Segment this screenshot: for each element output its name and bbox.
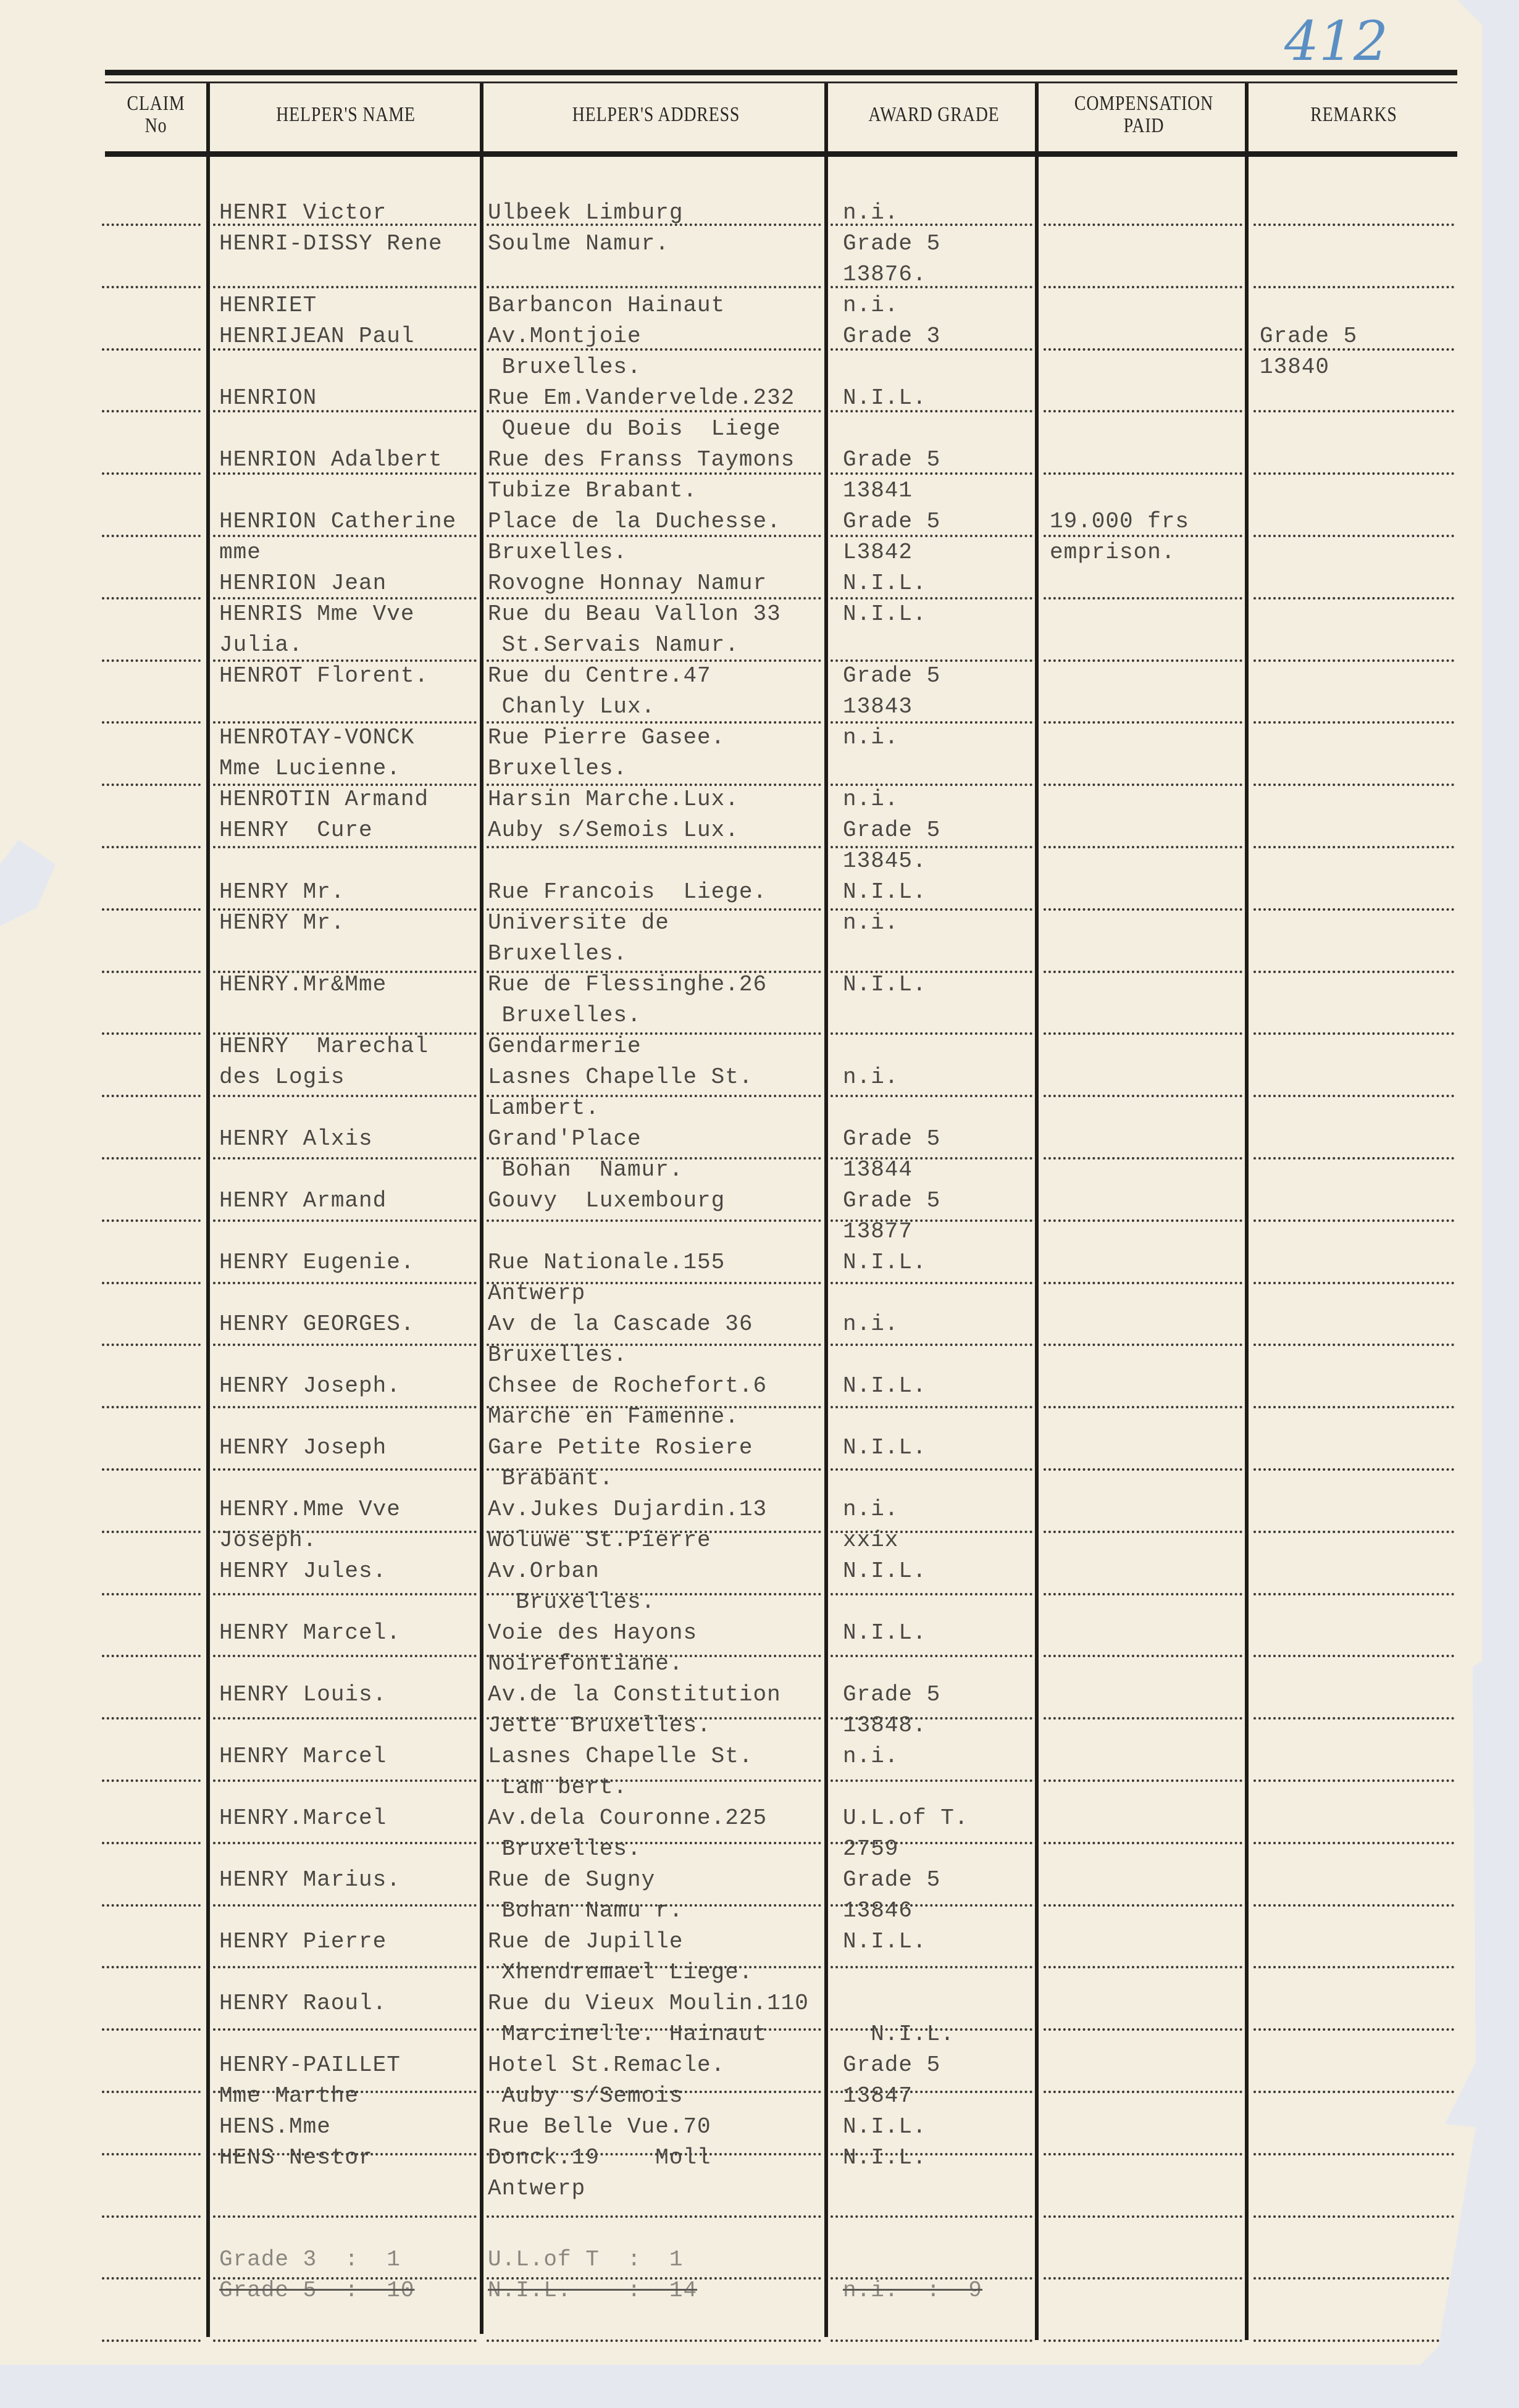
dotted-row-rule (1253, 1966, 1454, 1968)
dotted-row-rule (1044, 1406, 1242, 1408)
dotted-row-rule (487, 535, 821, 537)
entry-award: 2759 (843, 1837, 898, 1862)
dotted-row-rule (1253, 1779, 1454, 1782)
dotted-row-rule (102, 2153, 201, 2155)
dotted-row-rule (1044, 1282, 1242, 1284)
dotted-row-rule (1253, 1344, 1454, 1346)
column-divider-3 (824, 83, 828, 2337)
entry-address: Marcinelle. Hainaut (488, 2022, 767, 2047)
entry-award: N.I.L. (843, 386, 927, 411)
dotted-row-rule (487, 597, 821, 600)
entry-address: Rue de Jupille (488, 1929, 683, 1954)
column-divider-4 (1035, 83, 1039, 2340)
dotted-row-rule (213, 535, 477, 537)
dotted-row-rule (1253, 2339, 1454, 2342)
entry-award: N.I.L. (843, 1374, 927, 1398)
dotted-row-rule (102, 1655, 201, 1657)
entry-name: HENROTIN Armand (219, 787, 429, 812)
dotted-row-rule (1044, 784, 1242, 786)
dotted-row-rule (213, 1282, 477, 1284)
entry-name: HENRY Mr. (219, 911, 345, 935)
entry-award: 13848. (843, 1713, 927, 1738)
entry-address: Av.de la Constitution (488, 1683, 781, 1707)
header-award-grade: AWARD GRADE (849, 104, 1019, 126)
dotted-row-rule (1253, 1531, 1454, 1533)
dotted-row-rule (1044, 1717, 1242, 1720)
dotted-row-rule (213, 1344, 477, 1346)
entry-address: Noirefontiane. (488, 1652, 683, 1676)
header-bottom-rule (105, 151, 1457, 157)
summary-grade-3: Grade 3 : 1 (219, 2247, 401, 2272)
dotted-row-rule (213, 1406, 477, 1408)
entry-name: HENRION Adalbert (219, 448, 443, 472)
dotted-row-rule (102, 286, 201, 288)
dotted-row-rule (102, 1904, 201, 1907)
dotted-row-rule (1044, 1468, 1242, 1471)
dotted-row-rule (1253, 597, 1454, 600)
dotted-row-rule (831, 535, 1032, 537)
entry-address: Marche en Famenne. (488, 1405, 739, 1429)
dotted-row-rule (1044, 597, 1242, 600)
entry-name: des Logis (219, 1065, 345, 1090)
dotted-row-rule (213, 1468, 477, 1471)
entry-address: Gendarmerie (488, 1034, 642, 1059)
dotted-row-rule (1044, 2091, 1242, 2093)
entry-address: Bruxelles. (488, 1837, 642, 1862)
dotted-row-rule (1044, 410, 1242, 412)
dotted-row-rule (831, 1593, 1032, 1595)
entry-award: 13841 (843, 479, 913, 503)
dotted-row-rule (1044, 1966, 1242, 1968)
entry-address: Rue du Vieux Moulin.110 (488, 1991, 809, 2016)
entry-name: HENRY Joseph. (219, 1374, 401, 1398)
dotted-row-rule (1253, 908, 1454, 911)
entry-award: Grade 5 (843, 2053, 940, 2078)
header-helpers-name: HELPER'S NAME (235, 104, 458, 126)
dotted-row-rule (1253, 2091, 1454, 2093)
dotted-row-rule (213, 1779, 477, 1782)
entry-award: Grade 5 (843, 818, 940, 843)
entry-address: Antwerp (488, 2176, 585, 2201)
entry-name: HENRY Marcel. (219, 1621, 401, 1645)
dotted-row-rule (1253, 1904, 1454, 1907)
dotted-row-rule (102, 1468, 201, 1471)
handwritten-page-number: 412 (1284, 9, 1388, 73)
dotted-row-rule (831, 1095, 1032, 1097)
dotted-row-rule (102, 2277, 201, 2280)
header-top-thin-rule (105, 82, 1457, 83)
entry-award: Grade 3 (843, 324, 940, 349)
dotted-row-rule (1253, 1406, 1454, 1408)
dotted-row-rule (831, 1032, 1032, 1035)
entry-award: N.I.L. (843, 972, 927, 997)
entry-address: Bruxelles. (488, 756, 627, 781)
dotted-row-rule (1253, 1717, 1454, 1720)
dotted-row-rule (487, 721, 821, 724)
dotted-row-rule (831, 1779, 1032, 1782)
dotted-row-rule (213, 286, 477, 288)
dotted-row-rule (1044, 286, 1242, 288)
dotted-row-rule (1253, 1468, 1454, 1471)
entry-address: Rue de Flessinghe.26 (488, 972, 767, 997)
dotted-row-rule (487, 846, 821, 848)
entry-address: Universite de (488, 911, 669, 935)
dotted-row-rule (102, 1157, 201, 1160)
entry-name: Joseph. (219, 1528, 317, 1553)
dotted-row-rule (213, 846, 477, 848)
dotted-row-rule (1044, 1157, 1242, 1160)
header-remarks: REMARKS (1269, 104, 1439, 126)
entry-award: 13847 (843, 2084, 913, 2109)
entry-name: mme (219, 540, 261, 565)
entry-name: HENS.Mme (219, 2115, 331, 2139)
dotted-row-rule (102, 410, 201, 412)
entry-address: Rue du Beau Vallon 33 (488, 602, 781, 627)
header-top-rule (105, 70, 1457, 75)
entry-address: Gouvy Luxembourg (488, 1189, 725, 1213)
entry-address: Voie des Hayons (488, 1621, 697, 1645)
summary-nil: N.I.L. : 14 (488, 2278, 697, 2303)
entry-address: Woluwe St.Pierre (488, 1528, 711, 1553)
entry-name: HENS Nestor (219, 2146, 373, 2170)
entry-address: Lambert. (488, 1096, 600, 1121)
dotted-row-rule (1253, 224, 1454, 226)
dotted-row-rule (1044, 1095, 1242, 1097)
entry-name: HENRI Victor (219, 201, 387, 225)
entry-name: HENRI-DISSY Rene (219, 232, 443, 256)
dotted-row-rule (213, 1655, 477, 1657)
dotted-row-rule (1044, 2215, 1242, 2218)
entry-award: 13876. (843, 262, 927, 287)
dotted-row-rule (831, 1966, 1032, 1968)
dotted-row-rule (102, 1344, 201, 1346)
entry-address: Lam bert. (488, 1775, 627, 1800)
dotted-row-rule (1044, 1779, 1242, 1782)
entry-remarks: 13840 (1260, 355, 1329, 380)
entry-name: Julia. (219, 633, 303, 658)
entry-address: Harsin Marche.Lux. (488, 787, 739, 812)
entry-award: Grade 5 (843, 232, 940, 256)
entry-address: Soulme Namur. (488, 232, 669, 256)
dotted-row-rule (1253, 2277, 1454, 2280)
dotted-row-rule (1044, 2153, 1242, 2155)
dotted-row-rule (831, 597, 1032, 600)
dotted-row-rule (1253, 846, 1454, 848)
entry-award: N.I.L. (843, 1929, 927, 1954)
entry-address: Bruxelles. (488, 540, 627, 565)
dotted-row-rule (1044, 1219, 1242, 1222)
entry-compensation: 19.000 frs (1050, 509, 1189, 534)
column-divider-1 (206, 83, 210, 2337)
dotted-row-rule (1253, 286, 1454, 288)
entry-address: Bruxelles. (488, 355, 642, 380)
entry-award: 13844 (843, 1158, 913, 1182)
ledger-page: 412 CLAIM No HELPER'S NAME HELPER'S ADDR… (0, 0, 1482, 2402)
summary-ul-of-t: U.L.of T : 1 (488, 2247, 683, 2272)
dotted-row-rule (1044, 971, 1242, 973)
dotted-row-rule (1044, 1531, 1242, 1533)
entry-award: Grade 5 (843, 448, 940, 472)
entry-award: N.I.L. (843, 2022, 955, 2047)
dotted-row-rule (1044, 472, 1242, 475)
dotted-row-rule (102, 784, 201, 786)
entry-award: n.i. (843, 725, 898, 750)
dotted-row-rule (1253, 2153, 1454, 2155)
entry-name: HENRY.Marcel (219, 1806, 387, 1831)
dotted-row-rule (1253, 1655, 1454, 1657)
entry-name: HENRY.Mr&Mme (219, 972, 387, 997)
dotted-row-rule (1253, 659, 1454, 662)
entry-name: HENRIS Mme Vve (219, 602, 414, 627)
dotted-row-rule (102, 1032, 201, 1035)
dotted-row-rule (102, 1406, 201, 1408)
entry-address: Antwerp (488, 1281, 585, 1306)
entry-award: N.I.L. (843, 2146, 927, 2170)
entry-address: Rue des Franss Taymons (488, 448, 795, 472)
dotted-row-rule (1044, 908, 1242, 911)
entry-address: Av.Montjoie (488, 324, 642, 349)
entry-address: Av.Jukes Dujardin.13 (488, 1497, 767, 1522)
dotted-row-rule (831, 659, 1032, 662)
entry-name: HENRY Cure (219, 818, 373, 843)
dotted-row-rule (1044, 2339, 1242, 2342)
entry-award: N.I.L. (843, 2115, 927, 2139)
entry-name: HENRY Armand (219, 1189, 387, 1213)
dotted-row-rule (213, 597, 477, 600)
dotted-row-rule (213, 1219, 477, 1222)
dotted-row-rule (102, 971, 201, 973)
entry-award: n.i. (843, 1744, 898, 1769)
dotted-row-rule (102, 597, 201, 600)
dotted-row-rule (102, 224, 201, 226)
dotted-row-rule (1253, 1282, 1454, 1284)
header-claim-no: CLAIM No (114, 93, 198, 137)
entry-address: Grand'Place (488, 1127, 642, 1152)
entry-award: n.i. (843, 911, 898, 935)
entry-address: Tubize Brabant. (488, 479, 697, 503)
dotted-row-rule (831, 472, 1032, 475)
entry-award: n.i. (843, 1497, 898, 1522)
entry-address: Lasnes Chapelle St. (488, 1065, 753, 1090)
dotted-row-rule (1044, 2028, 1242, 2031)
dotted-row-rule (102, 1095, 201, 1097)
entry-award: 13845. (843, 849, 927, 874)
entry-name: HENRY Louis. (219, 1683, 387, 1707)
entry-address: Brabant. (488, 1466, 613, 1491)
entry-name: HENRION (219, 386, 317, 411)
entry-name: Mme Marthe (219, 2084, 359, 2109)
entry-award: N.I.L. (843, 1559, 927, 1584)
entry-address: Ulbeek Limburg (488, 201, 683, 225)
dotted-row-rule (487, 2339, 821, 2342)
entry-award: N.I.L. (843, 1621, 927, 1645)
dotted-row-rule (102, 472, 201, 475)
summary-ni: n.i. : 9 (843, 2278, 982, 2303)
entry-address: Rue Francois Liege. (488, 880, 767, 905)
dotted-row-rule (102, 721, 201, 724)
dotted-row-rule (1044, 1032, 1242, 1035)
dotted-row-rule (102, 1779, 201, 1782)
dotted-row-rule (1253, 1095, 1454, 1097)
dotted-row-rule (102, 1842, 201, 1844)
dotted-row-rule (1044, 2277, 1242, 2280)
column-divider-5 (1245, 83, 1249, 2340)
column-divider-2 (480, 83, 483, 2334)
entry-award: 13843 (843, 695, 913, 719)
dotted-row-rule (1253, 535, 1454, 537)
dotted-row-rule (102, 1219, 201, 1222)
entry-address: St.Servais Namur. (488, 633, 739, 658)
dotted-row-rule (1253, 721, 1454, 724)
entry-address: Rue Belle Vue.70 (488, 2115, 711, 2139)
dotted-row-rule (102, 1531, 201, 1533)
entry-award: n.i. (843, 787, 898, 812)
header-compensation-paid: COMPENSATION PAID (1059, 93, 1229, 137)
dotted-row-rule (1044, 846, 1242, 848)
dotted-row-rule (487, 1219, 821, 1222)
entry-address: Auby s/Semois Lux. (488, 818, 739, 843)
entry-name: HENRY Marius. (219, 1868, 401, 1892)
entry-address: Av.Orban (488, 1559, 600, 1584)
entry-award: n.i. (843, 1065, 898, 1090)
dotted-row-rule (1044, 224, 1242, 226)
dotted-row-rule (487, 2215, 821, 2218)
dotted-row-rule (1044, 1904, 1242, 1907)
entry-address: Jette Bruxelles. (488, 1713, 711, 1738)
dotted-row-rule (213, 2339, 477, 2342)
entry-address: Bruxelles. (488, 1003, 642, 1028)
entry-name: HENRY.Mme Vve (219, 1497, 401, 1522)
dotted-row-rule (1253, 1842, 1454, 1844)
dotted-row-rule (1253, 784, 1454, 786)
dotted-row-rule (102, 2339, 201, 2342)
entry-address: Xhendremael Liege. (488, 1960, 753, 1985)
entry-award: xxix (843, 1528, 898, 1553)
entry-address: Bruxelles. (488, 1343, 627, 1368)
dotted-row-rule (487, 659, 821, 662)
entry-address: Chanly Lux. (488, 695, 655, 719)
entry-award: N.I.L. (843, 571, 927, 596)
entry-award: Grade 5 (843, 509, 940, 534)
entry-name: HENRION Catherine (219, 509, 456, 534)
dotted-row-rule (102, 1593, 201, 1595)
entry-address: Hotel St.Remacle. (488, 2053, 725, 2078)
entry-address: Rue Nationale.155 (488, 1250, 725, 1275)
entry-award: U.L.of T. (843, 1806, 968, 1831)
dotted-row-rule (831, 1282, 1032, 1284)
header-helpers-address: HELPER'S ADDRESS (516, 104, 797, 126)
dotted-row-rule (213, 1095, 477, 1097)
entry-address: Chsee de Rochefort.6 (488, 1374, 767, 1398)
entry-name: HENRY Alxis (219, 1127, 373, 1152)
dotted-row-rule (1253, 2028, 1454, 2031)
dotted-row-rule (1253, 410, 1454, 412)
entry-award: Grade 5 (843, 1189, 940, 1213)
entry-name: HENRY Jules. (219, 1559, 387, 1584)
entry-name: HENRY Joseph (219, 1436, 387, 1460)
entry-award: n.i. (843, 201, 898, 225)
dotted-row-rule (1253, 971, 1454, 973)
dotted-row-rule (102, 535, 201, 537)
dotted-row-rule (1044, 1655, 1242, 1657)
dotted-row-rule (213, 1717, 477, 1720)
entry-name: HENRY GEORGES. (219, 1312, 414, 1337)
dotted-row-rule (831, 2215, 1032, 2218)
dotted-row-rule (831, 1468, 1032, 1471)
dotted-row-rule (102, 348, 201, 351)
dotted-row-rule (102, 1282, 201, 1284)
entry-award: Grade 5 (843, 664, 940, 688)
dotted-row-rule (487, 784, 821, 786)
entry-name: HENRY Eugenie. (219, 1250, 414, 1275)
entry-name: HENRIJEAN Paul (219, 324, 414, 349)
dotted-row-rule (1253, 1032, 1454, 1035)
entry-award: Grade 5 (843, 1683, 940, 1707)
dotted-row-rule (213, 1904, 477, 1907)
dotted-row-rule (831, 1344, 1032, 1346)
dotted-row-rule (102, 2028, 201, 2031)
entry-name: HENRY Mr. (219, 880, 345, 905)
dotted-row-rule (1253, 1219, 1454, 1222)
dotted-row-rule (213, 2215, 477, 2218)
entry-name: HENRION Jean (219, 571, 387, 596)
dotted-row-rule (831, 2339, 1032, 2342)
dotted-row-rule (213, 1966, 477, 1968)
dotted-row-rule (1044, 721, 1242, 724)
dotted-row-rule (1044, 659, 1242, 662)
entry-name: HENRY-PAILLET (219, 2053, 401, 2078)
dotted-row-rule (213, 1157, 477, 1160)
entry-award: n.i. (843, 1312, 898, 1337)
dotted-row-rule (1044, 348, 1242, 351)
entry-address: Rue du Centre.47 (488, 664, 711, 688)
entry-name: HENRY Marechal (219, 1034, 429, 1059)
entry-address: Barbancon Hainaut (488, 293, 725, 318)
entry-award: N.I.L. (843, 880, 927, 905)
entry-remarks: Grade 5 (1260, 324, 1357, 349)
entry-name: HENROT Florent. (219, 664, 429, 688)
dotted-row-rule (1253, 2215, 1454, 2218)
entry-name: HENRY Pierre (219, 1929, 387, 1954)
entry-address: Bruxelles. (488, 1590, 655, 1615)
entry-address: Gare Petite Rosiere (488, 1436, 753, 1460)
dotted-row-rule (102, 846, 201, 848)
entry-name: HENRY Raoul. (219, 1991, 387, 2016)
entry-address: Bruxelles. (488, 942, 627, 966)
entry-address: Rovogne Honnay Namur (488, 571, 767, 596)
entry-name: HENRIET (219, 293, 317, 318)
dotted-row-rule (213, 659, 477, 662)
dotted-row-rule (831, 1406, 1032, 1408)
entry-address: Lasnes Chapelle St. (488, 1744, 753, 1769)
dotted-row-rule (102, 659, 201, 662)
dotted-row-rule (213, 1842, 477, 1844)
dotted-row-rule (213, 721, 477, 724)
dotted-row-rule (102, 1966, 201, 1968)
entry-name: Mme Lucienne. (219, 756, 401, 781)
entry-award: N.I.L. (843, 1250, 927, 1275)
dotted-row-rule (1044, 535, 1242, 537)
entry-address: Place de la Duchesse. (488, 509, 781, 534)
summary-grade-5: Grade 5 : 10 (219, 2278, 414, 2303)
entry-award: N.I.L. (843, 602, 927, 627)
entry-address: Bohan Namur. (488, 1158, 683, 1182)
dotted-row-rule (1253, 1593, 1454, 1595)
entry-award: n.i. (843, 293, 898, 318)
dotted-row-rule (1253, 472, 1454, 475)
dotted-row-rule (1044, 1593, 1242, 1595)
dotted-row-rule (102, 1717, 201, 1720)
